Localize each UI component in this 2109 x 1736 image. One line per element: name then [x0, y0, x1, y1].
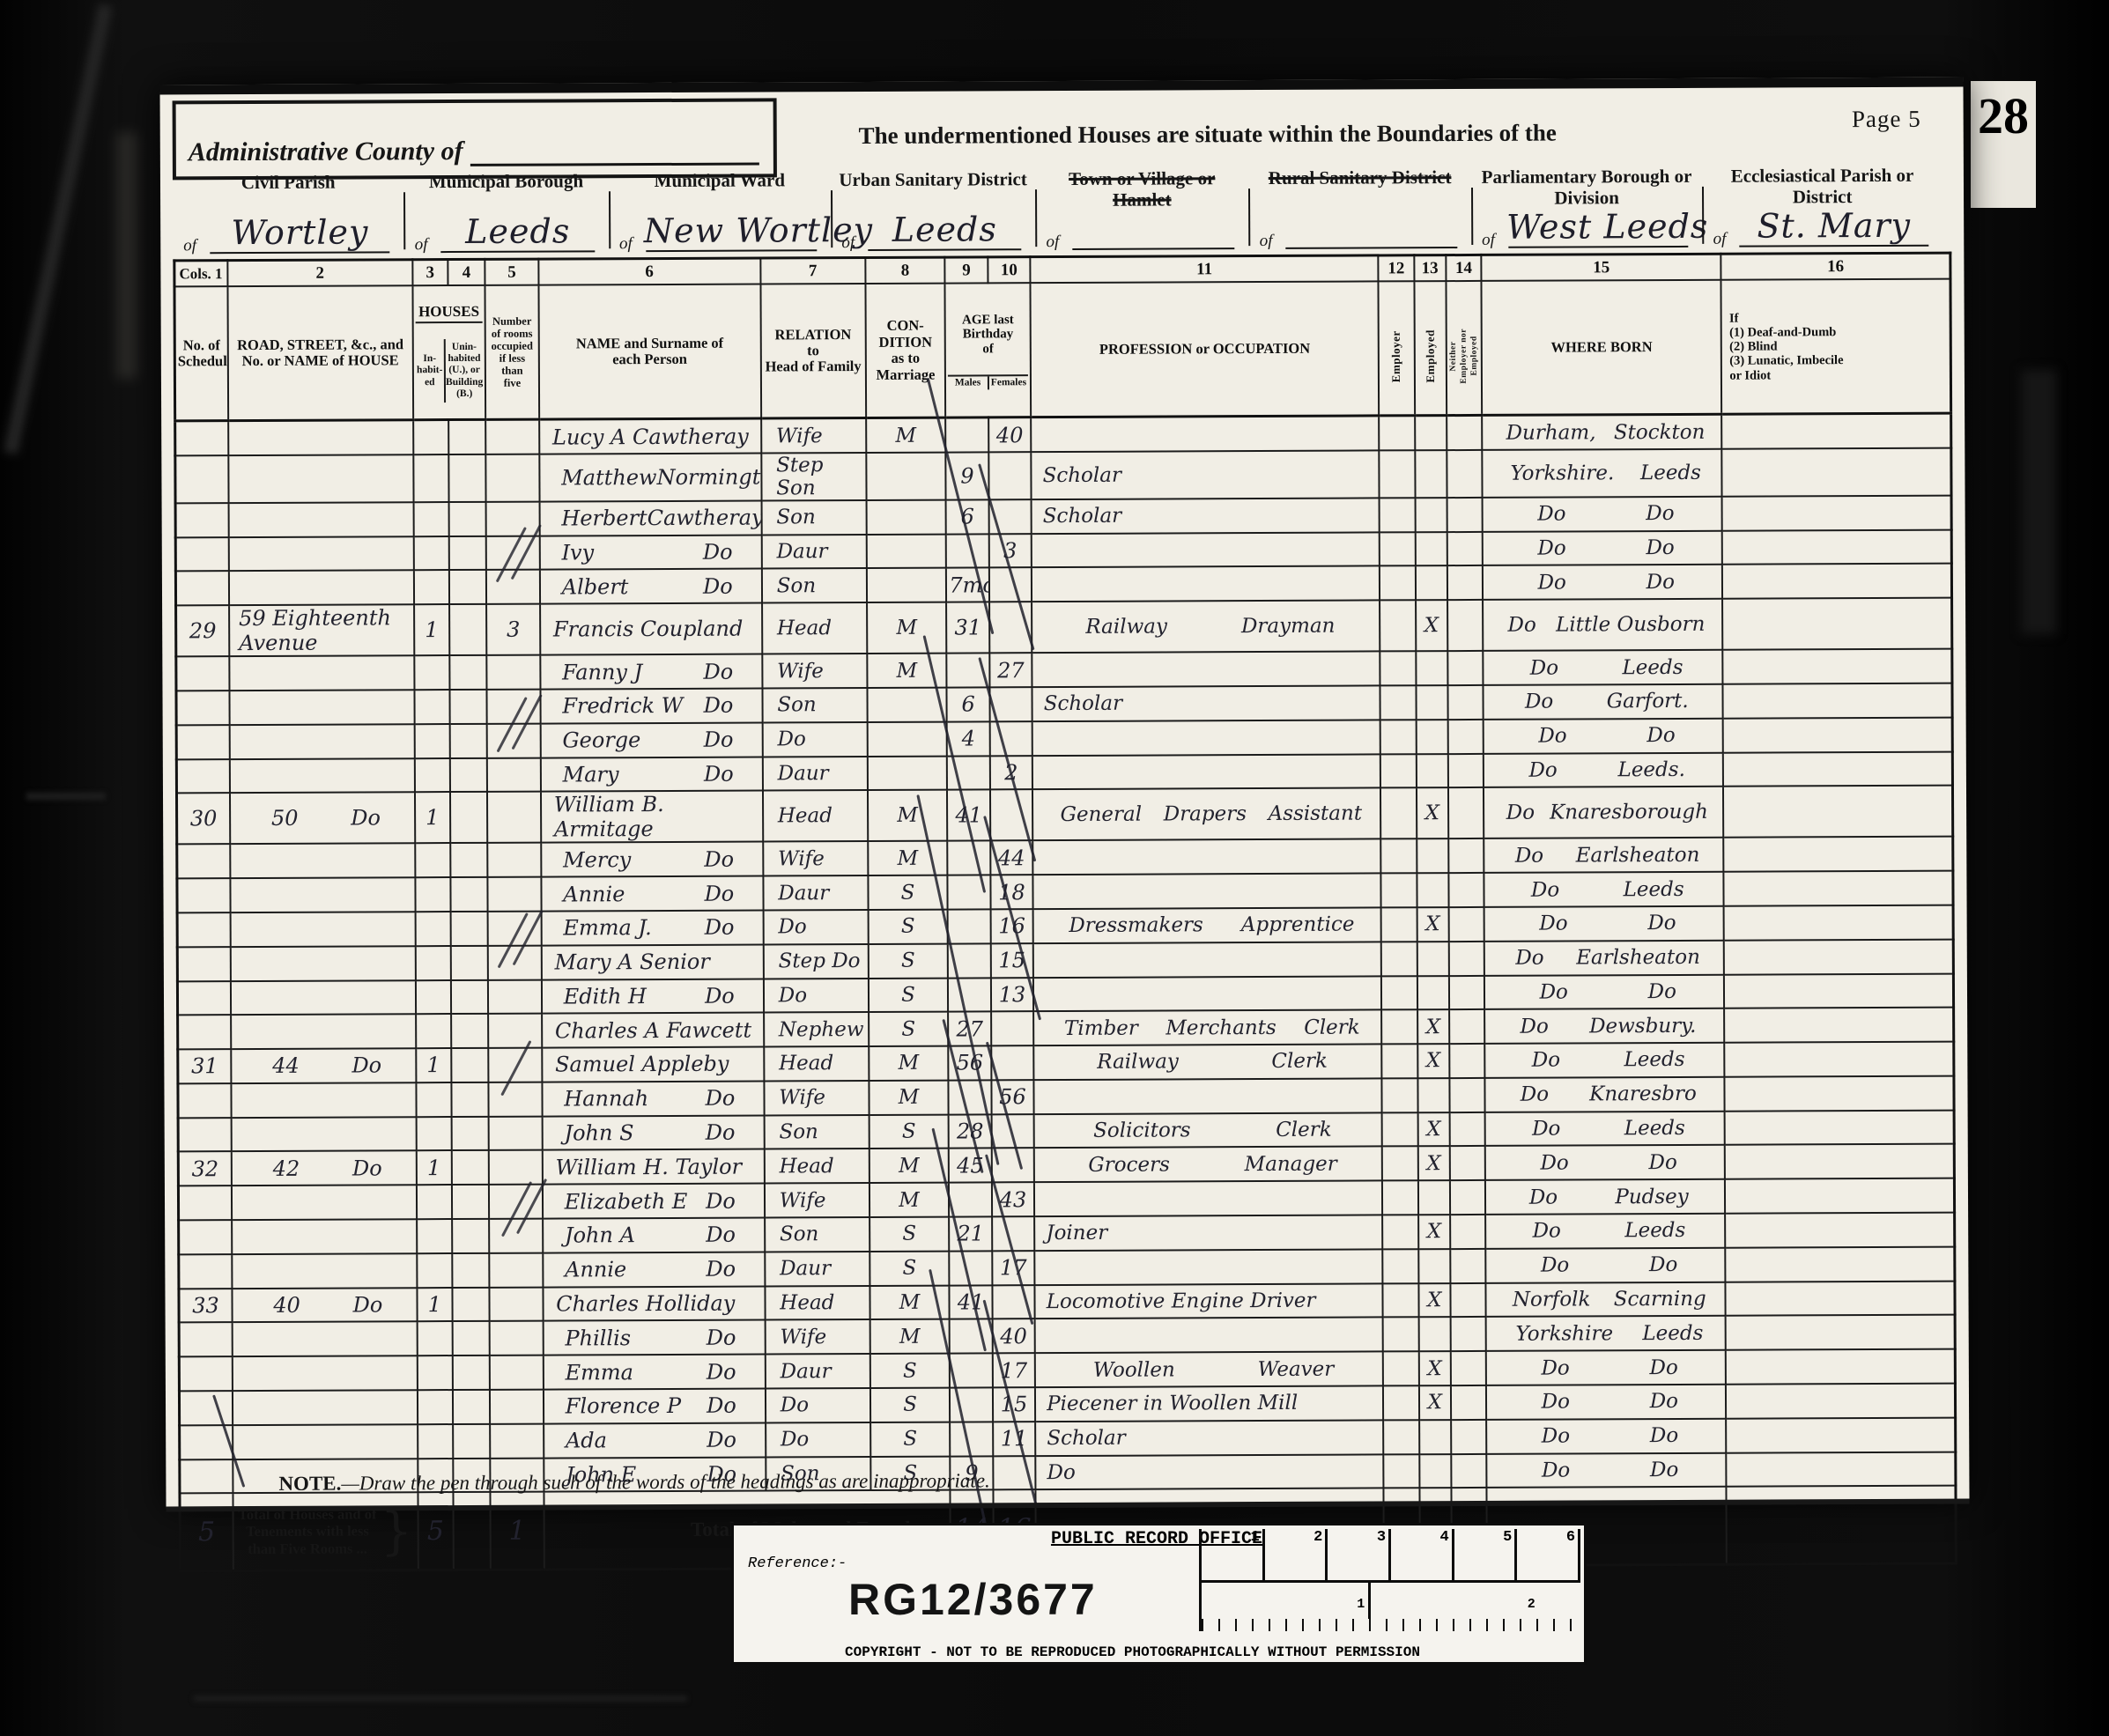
cell-text: GeorgeDo [553, 728, 759, 753]
cell-born: NorfolkScarning [1486, 1282, 1726, 1317]
cell-text-part: John S [564, 1120, 633, 1145]
cell-uninhabited [451, 979, 488, 1014]
cell-text: DoDo [1492, 536, 1720, 560]
cell-uninhabited [448, 502, 485, 536]
cell-condition: M [869, 1149, 949, 1183]
cell-text-part: Do [1521, 1083, 1549, 1106]
cell-address [231, 1015, 416, 1050]
cell-text-part: Do [1542, 1459, 1570, 1482]
header-employed: Employed [1414, 281, 1447, 416]
cell-born: DoPudsey [1485, 1179, 1725, 1215]
header-neither: Neither Employer nor Employed [1446, 281, 1482, 416]
cell-text: DoKnaresbro [1495, 1082, 1722, 1106]
cell-relation: Head [762, 602, 867, 654]
cell-born: DoDo [1483, 496, 1722, 531]
cell-text-part: Hannah [564, 1086, 648, 1111]
cell-occupation [1034, 1249, 1382, 1285]
cell-text: DressmakersApprentice [1045, 913, 1379, 938]
cell-uninhabited [453, 1321, 490, 1356]
total-infirmities-blank [1727, 1486, 1957, 1564]
cell-name: AnnieDo [543, 1252, 765, 1287]
cell-employed [1415, 416, 1447, 450]
cell-text: RailwayClerk [1045, 1050, 1379, 1075]
header-females: Females [988, 376, 1028, 389]
header-road: ROAD, STREET, &c., and No. or NAME of HO… [227, 285, 412, 421]
cell-text-part: Norfolk [1513, 1288, 1591, 1311]
cell-schedule [176, 725, 230, 759]
cell-text-part: Do [1515, 844, 1543, 867]
cell-age_male [947, 756, 990, 790]
cell-name: Lucy A Cawtheray [539, 418, 761, 454]
cell-text-part: Do [705, 1086, 735, 1111]
cell-address [233, 1390, 418, 1425]
cell-text: DoDo [1494, 912, 1721, 935]
cell-text: GeneralDrapersAssistant [1044, 802, 1378, 827]
cell-uninhabited [453, 1390, 490, 1424]
cell-relation: Wife [761, 418, 866, 453]
cell-schedule [178, 1083, 232, 1118]
cell-text-part: Earlsheaton [1576, 946, 1700, 970]
cell-address [229, 571, 414, 606]
cell-infirmities [1724, 973, 1953, 1008]
cell-text-part: Drayman [1241, 615, 1336, 638]
cell-condition: S [870, 1422, 951, 1456]
cell-text-part: Do [353, 1292, 383, 1317]
cell-condition: M [869, 1183, 950, 1217]
cell-relation: Step Do [763, 944, 868, 979]
cell-schedule [177, 844, 231, 878]
cell-address [233, 1424, 418, 1459]
cell-relation: Daur [763, 875, 868, 910]
cell-condition: M [869, 1285, 950, 1319]
cell-text: DoLeeds. [1493, 758, 1720, 782]
cell-relation: Head [763, 790, 868, 842]
cell-rooms [487, 655, 541, 690]
cell-relation: Wife [764, 1081, 869, 1115]
cell-uninhabited [451, 1048, 488, 1082]
cell-schedule: 33 [179, 1289, 233, 1323]
cell-uninhabited [452, 1253, 489, 1288]
cell-employer [1382, 1112, 1417, 1147]
cell-age_female: 40 [988, 417, 1032, 452]
cell-name: EmmaDo [544, 1355, 766, 1390]
cell-schedule: 30 [176, 793, 230, 844]
cell-relation: Wife [765, 1319, 869, 1354]
district-of-label: of [1482, 231, 1495, 250]
total-schedule: 5 [180, 1494, 233, 1571]
cell-infirmities [1726, 1315, 1955, 1350]
cell-schedule [178, 1015, 232, 1049]
cell-age_male [950, 1251, 993, 1285]
cell-text-part: Yorkshire. [1510, 462, 1614, 485]
cell-relation: Daur [761, 535, 866, 569]
cell-condition: S [869, 1251, 950, 1285]
cell-text-part: Do [351, 806, 381, 831]
cell-name: AnnieDo [541, 876, 763, 912]
cell-schedule [177, 878, 231, 912]
cell-infirmities [1722, 495, 1951, 530]
district-header: Parliamentary Borough or DivisionofWest … [1471, 163, 1703, 255]
cell-inhabited [413, 454, 449, 502]
cell-text-part: Do [1530, 656, 1558, 679]
cell-employed: X [1418, 1215, 1450, 1249]
ruler-cm-cell: 6 [1517, 1529, 1580, 1580]
cell-text: AnnieDo [554, 881, 760, 906]
cell-address [232, 1219, 417, 1254]
cell-address [232, 1253, 417, 1289]
district-value: West Leeds [1506, 207, 1691, 247]
cell-text: Fredrick WDo [553, 693, 759, 719]
cell-text-part: Weaver [1257, 1357, 1334, 1380]
cell-born: DoLeeds [1485, 1214, 1725, 1249]
cell-name: Mary A Senior [541, 944, 763, 979]
cell-age_male [946, 417, 989, 452]
cell-age_male [949, 1080, 992, 1114]
cell-text-part: Do [704, 762, 734, 787]
cell-text-part: Do [1532, 1118, 1560, 1141]
cell-age_female: 18 [990, 875, 1033, 909]
cell-employer [1384, 1454, 1419, 1489]
cell-text-part: Do [1515, 947, 1543, 970]
cell-text-part: 40 [273, 1293, 300, 1318]
cell-rooms [489, 1082, 543, 1116]
cell-age_female: 3 [988, 534, 1032, 568]
stamp-ruler: 123456 12 [1199, 1529, 1580, 1631]
cell-age_female [990, 789, 1033, 840]
column-number: 11 [1030, 255, 1378, 283]
cell-schedule [176, 656, 230, 691]
cell-neither [1448, 907, 1484, 942]
cell-text-part: Do [706, 1120, 736, 1145]
cell-uninhabited [451, 1014, 488, 1048]
cell-infirmities [1724, 871, 1953, 906]
column-number: 6 [538, 258, 760, 285]
cell-schedule [177, 981, 231, 1016]
cell-neither [1447, 685, 1483, 720]
cell-text: John SDo [555, 1120, 761, 1146]
cell-text: SolicitorsClerk [1046, 1119, 1380, 1143]
cell-text: DoLeeds [1495, 1117, 1722, 1141]
total-houses-wrap: Total of Houses and of Tenements with le… [235, 1501, 415, 1562]
column-number: 16 [1721, 253, 1950, 280]
cell-rooms [486, 501, 540, 536]
cell-text-part: Do [704, 728, 734, 752]
cell-text-part: Emma J. [563, 915, 651, 940]
cell-text-part: Do [1650, 1459, 1678, 1481]
cell-text-part: Clerk [1276, 1119, 1332, 1141]
cell-age_female [991, 1045, 1034, 1080]
cell-occupation: WoollenWeaver [1035, 1352, 1383, 1388]
cell-rooms [489, 1116, 543, 1150]
cell-employed: X [1416, 600, 1448, 651]
cell-occupation: Piecener in Woollen Mill [1035, 1385, 1383, 1422]
cell-employer [1382, 1147, 1417, 1181]
cell-schedule: 32 [178, 1152, 232, 1186]
cell-text-part: Elizabeth E [565, 1189, 688, 1215]
cell-employer [1381, 873, 1417, 907]
cell-uninhabited [448, 420, 485, 454]
cell-uninhabited [449, 655, 486, 690]
cell-occupation: Scholar [1035, 1420, 1383, 1456]
page-number: Page 5 [1852, 106, 1921, 133]
cell-rooms [486, 454, 540, 501]
cell-employed [1418, 1249, 1450, 1283]
cell-condition: S [870, 1388, 951, 1422]
cell-infirmities [1722, 447, 1951, 496]
district-header: Town or Village or Hamletof [1035, 165, 1249, 257]
cell-neither [1448, 873, 1484, 907]
cell-text-part: Timber [1064, 1016, 1138, 1039]
cell-age_male [951, 1422, 994, 1456]
cell-infirmities [1721, 414, 1950, 449]
cell-text-part: Do [1541, 1356, 1569, 1379]
cell-text: DoDo [1492, 570, 1720, 594]
cell-age_female: 15 [991, 943, 1034, 978]
cell-text: Florence PDo [557, 1393, 763, 1419]
cell-infirmities [1726, 1384, 1955, 1419]
cell-text-part: Do [704, 846, 734, 871]
district-value: Leeds [440, 211, 596, 251]
district-label: Urban Sanitary District [831, 169, 1035, 191]
cell-inhabited: 1 [416, 1151, 451, 1186]
cell-text-part: Florence P [566, 1393, 681, 1419]
cell-uninhabited [450, 877, 487, 912]
cell-infirmities [1726, 1281, 1955, 1316]
cell-text-part: Do [1533, 1220, 1561, 1243]
cell-age_female [989, 687, 1032, 721]
cell-rooms [487, 723, 541, 757]
district-of-label: of [1260, 232, 1273, 251]
census-row: MatthewNormingtonStep Son9ScholarYorkshi… [175, 447, 1951, 503]
cell-text-part: Do [703, 540, 733, 565]
cell-schedule [176, 759, 230, 794]
cell-inhabited [415, 946, 450, 980]
cell-employed [1417, 976, 1449, 1010]
admin-header-row: Administrative County of The undermentio… [173, 92, 1951, 168]
cell-employed [1415, 498, 1447, 532]
column-number: 4 [448, 259, 485, 285]
cell-age_male: 28 [949, 1114, 992, 1149]
cell-address [229, 690, 414, 725]
cell-name: Francis Coupland [540, 603, 762, 655]
cell-text-part: Do [705, 915, 735, 940]
cell-text-part: Apprentice [1241, 913, 1355, 937]
cell-text-part: Woollen [1093, 1358, 1175, 1381]
cell-occupation [1033, 976, 1381, 1012]
cell-uninhabited [452, 1117, 489, 1151]
film-streak [2021, 370, 2056, 634]
cell-condition [866, 499, 946, 534]
cell-condition: S [869, 1012, 949, 1046]
cell-address [229, 536, 414, 572]
cell-schedule [175, 537, 229, 572]
cell-infirmities [1726, 1417, 1955, 1452]
cell-text-part: Cawtheray [647, 506, 762, 531]
cell-rooms [490, 1423, 544, 1458]
total-houses-label: Total of Houses and of Tenements with le… [233, 1493, 418, 1571]
header-age-group: AGE last Birthday of Males Females [945, 283, 1031, 417]
cell-age_female [992, 1285, 1035, 1319]
district-of-label: of [415, 235, 428, 255]
cell-employer [1380, 754, 1416, 788]
cell-uninhabited [450, 724, 487, 758]
cell-rooms [490, 1356, 544, 1390]
cell-neither [1450, 1317, 1485, 1351]
cell-neither [1450, 1249, 1485, 1283]
cell-uninhabited [449, 604, 487, 655]
cell-address: 50Do [230, 793, 415, 845]
cell-occupation: RailwayClerk [1033, 1045, 1381, 1081]
cell-uninhabited [451, 946, 488, 980]
cell-schedule [178, 1186, 232, 1220]
film-streak [4, 4, 113, 454]
cell-name: HerbertCawtheray [539, 500, 761, 536]
district-header: Ecclesiastical Parish or DistrictofSt. M… [1702, 162, 1942, 255]
column-number: 5 [485, 259, 539, 285]
header-uninhabited: Unin- habited (U.), or Building (B.) [444, 339, 484, 403]
cell-age_male: 56 [949, 1045, 992, 1080]
cell-infirmities [1723, 786, 1952, 838]
cell-occupation: Scholar [1032, 498, 1380, 534]
total-inhabited: 5 [418, 1492, 454, 1570]
cell-employed [1415, 565, 1447, 600]
cell-infirmities [1725, 1042, 1954, 1077]
cell-relation: Head [765, 1286, 869, 1320]
cell-text-part: Phillis [565, 1326, 631, 1350]
cell-relation: Head [764, 1149, 869, 1183]
cell-name: MaryDo [541, 757, 763, 792]
ruler-cm-cell: 3 [1328, 1529, 1391, 1580]
cell-infirmities [1722, 529, 1951, 565]
cell-text: AdaDo [557, 1428, 763, 1453]
cell-text-part: Dewsbury. [1589, 1015, 1696, 1038]
cell-age_female [989, 721, 1032, 756]
cell-born: DoLeeds [1485, 1111, 1725, 1146]
header-houses-title: HOUSES [415, 302, 483, 322]
cell-text-part: Do [1506, 802, 1535, 824]
cell-text-part: Do [706, 1188, 736, 1213]
cell-neither [1448, 753, 1484, 787]
cell-age_male: 4 [947, 721, 990, 756]
cell-inhabited [416, 1014, 451, 1048]
cell-employer [1382, 1078, 1417, 1112]
cell-name: IvyDo [539, 535, 761, 570]
cell-occupation [1032, 566, 1380, 602]
cell-age_male [948, 875, 991, 909]
admin-county-blank-line [470, 133, 758, 166]
cell-text-part: Pudsey [1615, 1186, 1689, 1208]
district-label: Municipal Borough [403, 171, 608, 193]
census-table: Cols. 12345678910111213141516 No. of Sch… [173, 252, 1957, 1573]
cell-text-part: Garfort. [1607, 690, 1689, 713]
cell-age_male: 6 [946, 499, 989, 534]
cell-employed [1415, 532, 1447, 566]
cell-condition: S [869, 1354, 950, 1388]
cell-text-part: Manager [1245, 1153, 1337, 1176]
total-rooms: 1 [491, 1492, 544, 1570]
cell-born: DoDo [1484, 906, 1724, 942]
cell-text-part: Merchants [1165, 1016, 1276, 1040]
cell-uninhabited [449, 536, 486, 570]
cell-age_male: 27 [948, 1012, 991, 1046]
cell-text: 50Do [240, 806, 412, 831]
cell-name: Fredrick WDo [540, 688, 762, 723]
cell-neither [1449, 1078, 1484, 1112]
cell-text: EmmaDo [557, 1359, 763, 1385]
cell-relation: Son [765, 1217, 869, 1252]
cell-inhabited [417, 1253, 452, 1288]
column-number: 13 [1414, 255, 1446, 282]
cell-text-part: Do [1537, 571, 1565, 594]
column-number: Cols. 1 [174, 261, 228, 287]
cell-infirmities [1725, 1144, 1954, 1179]
cell-employer [1382, 1215, 1417, 1249]
district-header: Civil ParishofWortley [173, 168, 404, 261]
cell-inhabited [413, 502, 448, 536]
cell-employed: X [1418, 1283, 1450, 1318]
district-headers: Civil ParishofWortleyMunicipal Boroughof… [173, 162, 1951, 262]
cell-neither [1447, 416, 1482, 450]
cell-address [229, 655, 414, 691]
cell-schedule [179, 1220, 233, 1254]
district-of-label: of [183, 236, 196, 255]
cell-infirmities [1723, 717, 1952, 752]
cell-rooms [490, 1321, 544, 1356]
cell-employer [1383, 1420, 1418, 1454]
cell-text: RailwayDrayman [1043, 615, 1377, 639]
cell-age_female: 27 [989, 653, 1032, 687]
cell-employer [1382, 1181, 1417, 1215]
cell-name: HannahDo [542, 1081, 764, 1116]
cell-occupation [1032, 720, 1380, 756]
cell-born: DoDewsbury. [1484, 1008, 1724, 1044]
cell-inhabited [414, 570, 449, 604]
cell-inhabited [414, 724, 449, 758]
census-page: Administrative County of The undermentio… [159, 78, 1969, 1509]
cell-employed [1416, 651, 1447, 685]
cell-born: DoDo [1486, 1419, 1726, 1454]
cell-age_male [950, 1319, 993, 1354]
cell-text: 44Do [240, 1053, 413, 1079]
district-label: Civil Parish [173, 172, 404, 194]
cell-condition: S [869, 1114, 949, 1149]
header-occupation: PROFESSION or OCCUPATION [1031, 281, 1380, 417]
cell-inhabited [416, 1117, 451, 1151]
district-header: Urban Sanitary DistrictofLeeds [831, 166, 1036, 258]
cell-inhabited [415, 877, 450, 912]
cell-relation: Son [762, 568, 867, 602]
cell-text-part: Do [1532, 1049, 1560, 1072]
cell-text-part: Herbert [561, 506, 647, 530]
cell-infirmities [1723, 751, 1952, 787]
header-condition: CON- DITION as to Marriage [865, 284, 945, 418]
cell-name: Fanny JDo [540, 654, 762, 690]
cell-schedule [179, 1323, 233, 1357]
cell-age_male: 9 [946, 452, 989, 499]
cell-address [229, 502, 414, 537]
pro-reference-stamp: PUBLIC RECORD OFFICE Reference:- RG12/36… [731, 1523, 1587, 1665]
cell-text: DoLeeds [1493, 655, 1720, 679]
cell-text: DoDewsbury. [1494, 1014, 1721, 1038]
cell-text: PhillisDo [556, 1325, 762, 1350]
cell-infirmities [1725, 1075, 1954, 1111]
district-label: Municipal Ward [609, 170, 831, 192]
cell-schedule [177, 912, 231, 947]
cell-employed: X [1418, 1351, 1450, 1385]
cell-condition: M [867, 654, 947, 688]
cell-schedule [179, 1391, 233, 1425]
cell-condition: S [869, 978, 949, 1012]
